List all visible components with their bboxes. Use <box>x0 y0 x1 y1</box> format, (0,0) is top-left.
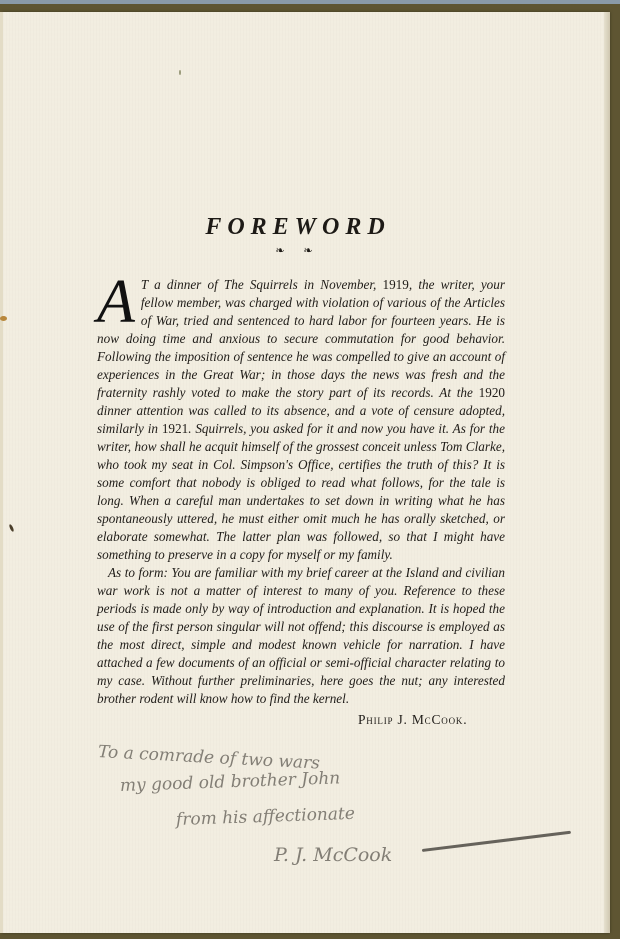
page-edge-right <box>604 12 610 933</box>
paragraph-1-text-a: , the writer, your fellow member, was ch… <box>97 277 505 400</box>
paragraph-1-lead: T a dinner of The Squirrels in November, <box>141 277 383 292</box>
paragraph-2: As to form: You are familiar with my bri… <box>97 564 505 708</box>
paper-speck <box>179 70 181 75</box>
fleuron-ornament-icon: ❧ ❧ <box>0 244 596 257</box>
page-edge-left <box>0 12 3 933</box>
year-1919: 1919 <box>382 277 408 292</box>
paragraph-1: AT a dinner of The Squirrels in November… <box>97 276 505 564</box>
drop-cap: A <box>97 278 135 326</box>
inscription-signature: P. J. McCook <box>274 844 392 866</box>
paragraph-1-text-c: . Squirrels, you asked for it and now yo… <box>97 421 505 562</box>
scan-backdrop-top <box>0 0 620 4</box>
year-1921: 1921 <box>162 421 188 436</box>
year-1920: 1920 <box>479 385 505 400</box>
printed-signature: Philip J. McCook. <box>358 712 467 728</box>
foreword-body: AT a dinner of The Squirrels in November… <box>97 276 505 708</box>
paper-stain <box>0 316 7 321</box>
page-title: FOREWORD <box>0 214 596 241</box>
